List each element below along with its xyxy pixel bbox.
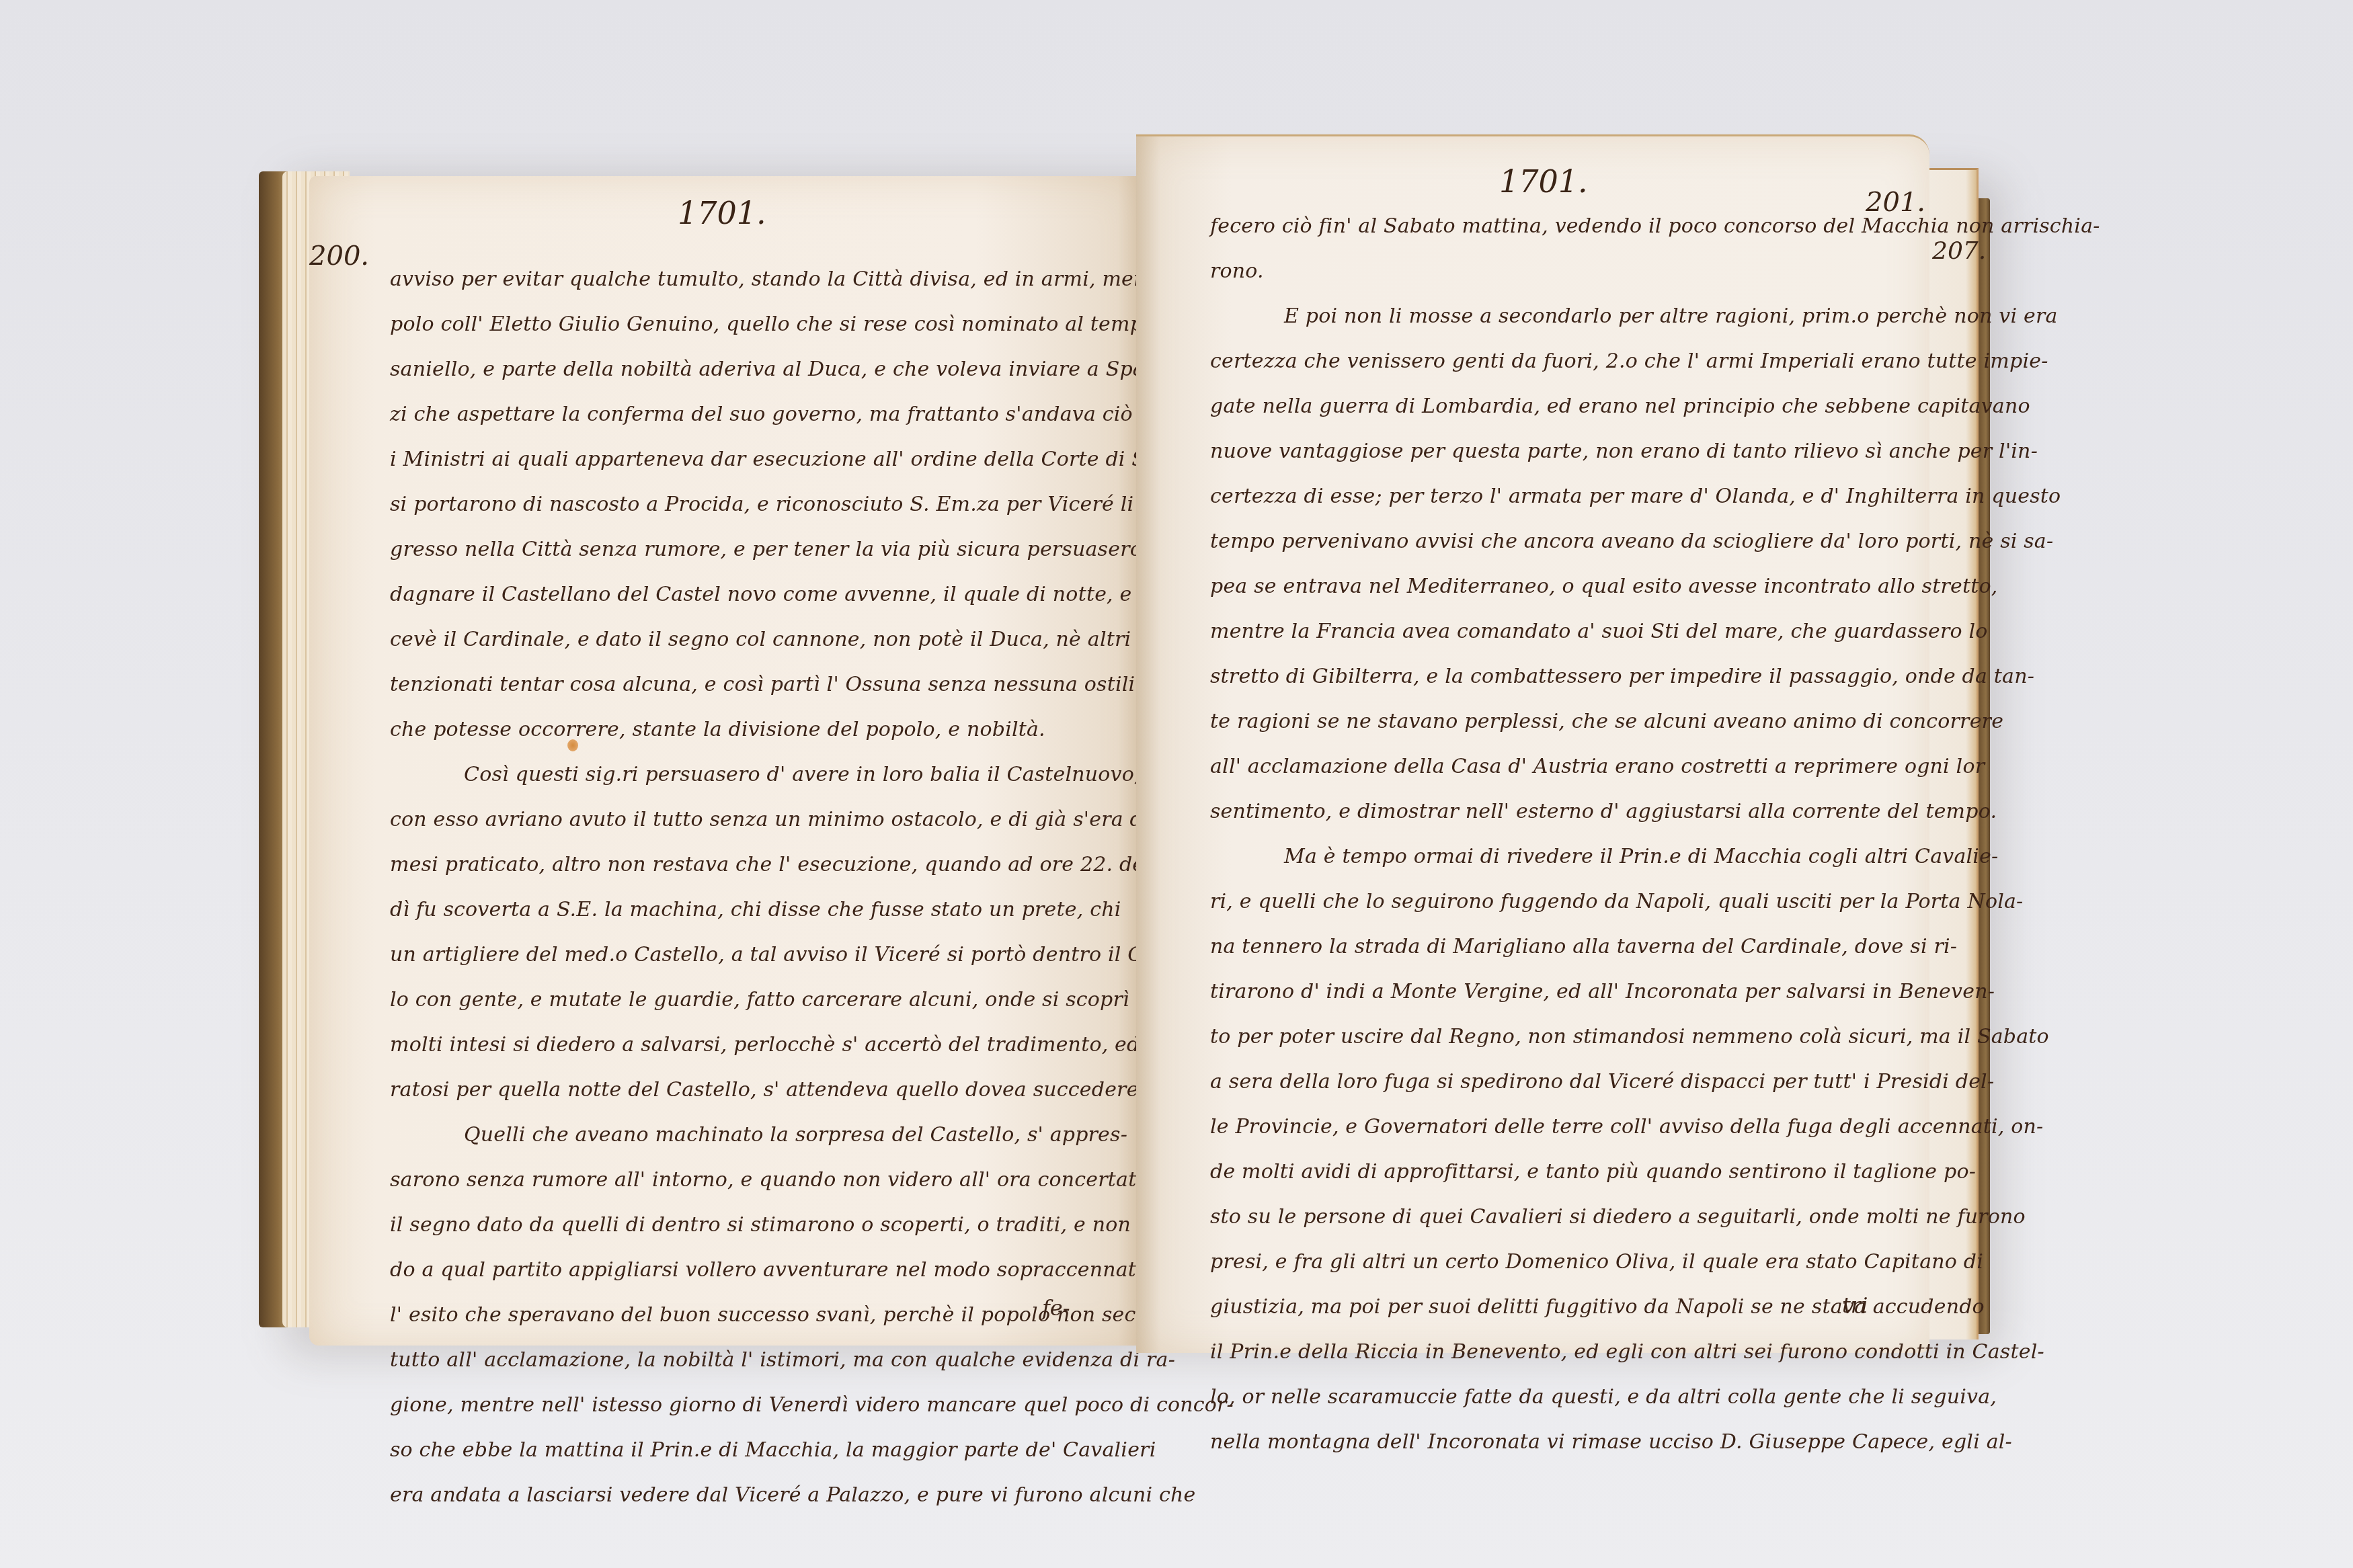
manuscript-line: lo con gente, e mutate le guardie, fatto…	[390, 977, 1129, 1022]
manuscript-line: de molti avidi di approfittarsi, e tanto…	[1210, 1149, 1916, 1194]
manuscript-line: polo coll' Eletto Giulio Genuino, quello…	[390, 302, 1129, 347]
left-page: 1701. 200. avviso per evitar qualche tum…	[309, 176, 1143, 1346]
manuscript-line: con esso avriano avuto il tutto senza un…	[390, 797, 1129, 842]
manuscript-line: tempo pervenivano avvisi che ancora avea…	[1210, 519, 1916, 564]
right-page-text: fecero ciò fin' al Sabato mattina, veden…	[1210, 204, 1916, 1464]
manuscript-line: te ragioni se ne stavano perplessi, che …	[1210, 699, 1916, 744]
manuscript-line: i Ministri ai quali apparteneva dar esec…	[390, 437, 1129, 482]
manuscript-line: E poi non li mosse a secondarlo per altr…	[1210, 294, 1916, 339]
manuscript-line: gresso nella Città senza rumore, e per t…	[390, 527, 1129, 572]
manuscript-line: cevè il Cardinale, e dato il segno col c…	[390, 617, 1129, 662]
manuscript-line: un artigliere del med.o Castello, a tal …	[390, 932, 1129, 977]
manuscript-line: Quelli che aveano machinato la sorpresa …	[390, 1112, 1129, 1157]
manuscript-line: certezza che venissero genti da fuori, 2…	[1210, 339, 1916, 384]
right-running-header: 1701.	[1499, 163, 1588, 200]
ink-stain	[567, 739, 578, 751]
manuscript-line: presi, e fra gli altri un certo Domenico…	[1210, 1239, 1916, 1284]
manuscript-line: le Provincie, e Governatori delle terre …	[1210, 1104, 1916, 1149]
manuscript-line: do a qual partito appigliarsi vollero av…	[390, 1247, 1129, 1292]
left-folio-number: 200.	[309, 241, 369, 272]
manuscript-line: rono.	[1210, 249, 1916, 294]
manuscript-line: sto su le persone di quei Cavalieri si d…	[1210, 1194, 1916, 1239]
manuscript-line: gione, mentre nell' istesso giorno di Ve…	[390, 1383, 1129, 1428]
manuscript-line: ri, e quelli che lo seguirono fuggendo d…	[1210, 879, 1916, 924]
manuscript-line: il Prin.e della Riccia in Benevento, ed …	[1210, 1329, 1916, 1374]
left-catchword: fe-	[1042, 1295, 1070, 1321]
manuscript-line: dagnare il Castellano del Castel novo co…	[390, 572, 1129, 617]
manuscript-line: ratosi per quella notte del Castello, s'…	[390, 1067, 1129, 1112]
left-running-header: 1701.	[678, 195, 766, 231]
manuscript-line: molti intesi si diedero a salvarsi, perl…	[390, 1022, 1129, 1067]
manuscript-line: tenzionati tentar cosa alcuna, e così pa…	[390, 662, 1129, 707]
manuscript-line: mentre la Francia avea comandato a' suoi…	[1210, 609, 1916, 654]
right-page: 1701. 201. fecero ciò fin' al Sabato mat…	[1136, 134, 1929, 1353]
manuscript-line: dì fu scoverta a S.E. la machina, chi di…	[390, 887, 1129, 932]
manuscript-line: nuove vantaggiose per questa parte, non …	[1210, 429, 1916, 474]
manuscript-line: era andata a lasciarsi vedere dal Viceré…	[390, 1473, 1129, 1518]
manuscript-line: sarono senza rumore all' intorno, e quan…	[390, 1157, 1129, 1202]
manuscript-line: si portarono di nascosto a Procida, e ri…	[390, 482, 1129, 527]
manuscript-line: Ma è tempo ormai di rivedere il Prin.e d…	[1210, 834, 1916, 879]
manuscript-line: mesi praticato, altro non restava che l'…	[390, 842, 1129, 887]
manuscript-line: zi che aspettare la conferma del suo gov…	[390, 392, 1129, 437]
manuscript-line: stretto di Gibilterra, e la combattesser…	[1210, 654, 1916, 699]
right-catchword: tri	[1842, 1292, 1868, 1318]
manuscript-line: gate nella guerra di Lombardia, ed erano…	[1210, 384, 1916, 429]
manuscript-line: nella montagna dell' Incoronata vi rimas…	[1210, 1419, 1916, 1464]
manuscript-line: to per poter uscire dal Regno, non stima…	[1210, 1014, 1916, 1059]
manuscript-line: Così questi sig.ri persuasero d' avere i…	[390, 752, 1129, 797]
manuscript-line: lo, or nelle scaramuccie fatte da questi…	[1210, 1374, 1916, 1419]
manuscript-line: pea se entrava nel Mediterraneo, o qual …	[1210, 564, 1916, 609]
manuscript-line: na tennero la strada di Marigliano alla …	[1210, 924, 1916, 969]
manuscript-line: all' acclamazione della Casa d' Austria …	[1210, 744, 1916, 789]
manuscript-line: saniello, e parte della nobiltà aderiva …	[390, 347, 1129, 392]
manuscript-line: sentimento, e dimostrar nell' esterno d'…	[1210, 789, 1916, 834]
manuscript-line: avviso per evitar qualche tumulto, stand…	[390, 257, 1129, 302]
manuscript-line: l' esito che speravano del buon successo…	[390, 1292, 1129, 1337]
manuscript-line: giustizia, ma poi per suoi delitti fuggi…	[1210, 1284, 1916, 1329]
manuscript-line: che potesse occorrere, stante la divisio…	[390, 707, 1129, 752]
next-leaf-folio-number: 207.	[1932, 237, 1986, 265]
manuscript-line: tutto all' acclamazione, la nobiltà l' i…	[390, 1337, 1129, 1383]
manuscript-line: il segno dato da quelli di dentro si sti…	[390, 1202, 1129, 1247]
manuscript-line: tirarono d' indi a Monte Vergine, ed all…	[1210, 969, 1916, 1014]
left-page-text: avviso per evitar qualche tumulto, stand…	[390, 257, 1129, 1518]
manuscript-line: fecero ciò fin' al Sabato mattina, veden…	[1210, 204, 1916, 249]
manuscript-line: certezza di esse; per terzo l' armata pe…	[1210, 474, 1916, 519]
manuscript-line: a sera della loro fuga si spedirono dal …	[1210, 1059, 1916, 1104]
open-manuscript-book: 207. 1701. 200. avviso per evitar qualch…	[0, 0, 2353, 1568]
manuscript-line: so che ebbe la mattina il Prin.e di Macc…	[390, 1428, 1129, 1473]
